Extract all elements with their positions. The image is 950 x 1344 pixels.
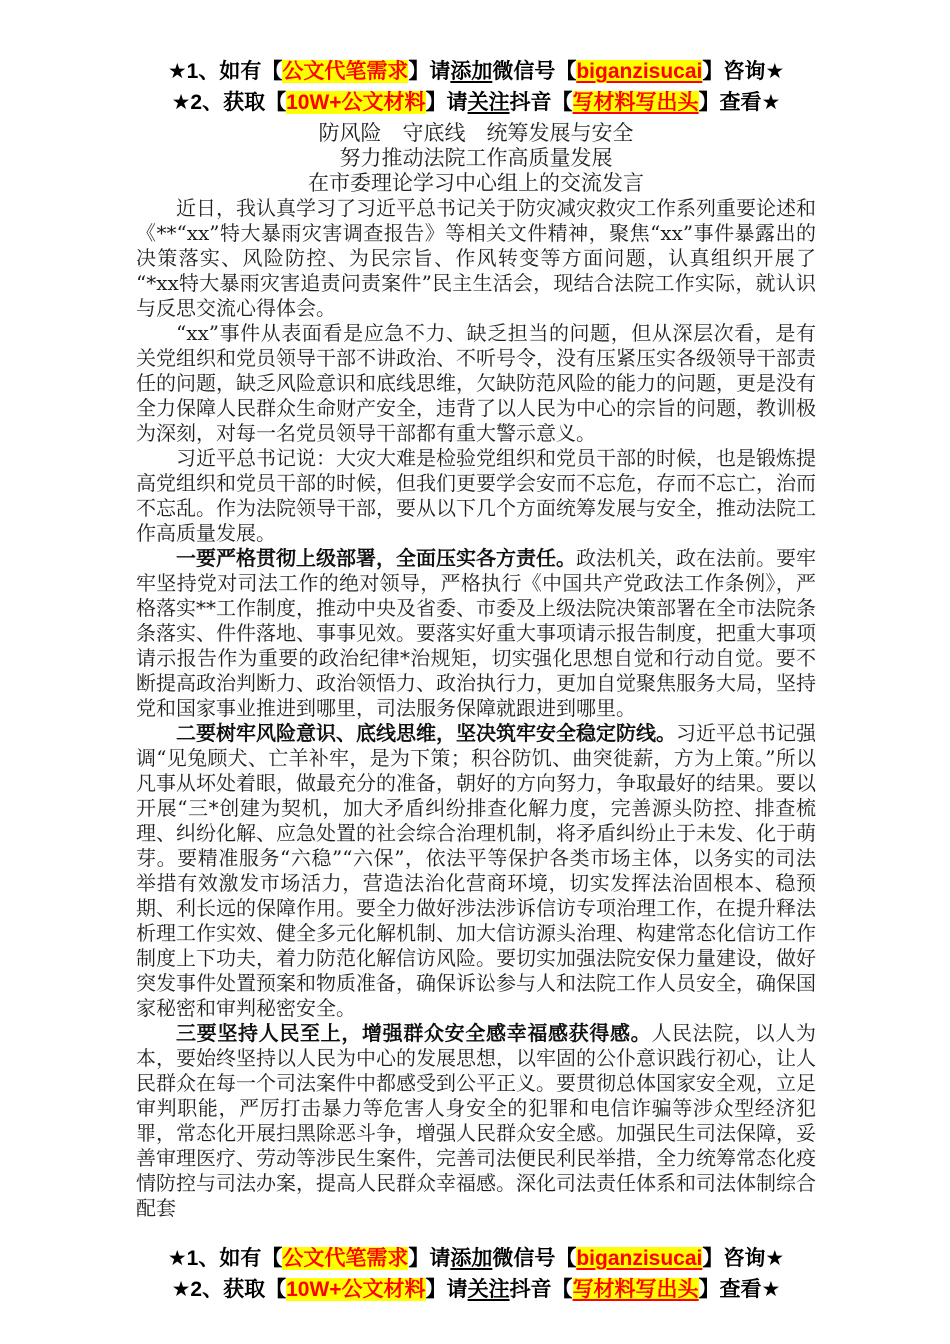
title-line-3: 在市委理论学习中心组上的交流发言 (136, 171, 816, 196)
promo-text: 抖音【 (510, 1278, 573, 1301)
body-paragraph: “xx”事件从表面看是应急不力、缺乏担当的问题，但从深层次看，是有关党组织和党员… (136, 321, 816, 446)
promo-text: ★2、获取【 (172, 91, 287, 114)
promo-highlight-underline-text: biganzisucai (576, 60, 702, 83)
promo-highlight-text: 公文代笔需求 (282, 1247, 408, 1270)
promo-text: 】咨询★ (702, 1247, 784, 1270)
promo-underline-text: 添加 (450, 60, 492, 83)
promo-highlight-text: 10W+公文材料 (286, 91, 425, 114)
promo-line-2: ★2、获取【10W+公文材料】请关注抖音【写材料写出头】查看★ (136, 87, 816, 118)
body-paragraph: 近日，我认真学习了习近平总书记关于防灾减灾救灾工作系列重要论述和《**“xx”特… (136, 196, 816, 321)
promo-underline-text: 关注 (468, 1278, 510, 1301)
paragraph-lead-bold: 一要严格贯彻上级部署，全面压实各方责任。 (176, 546, 576, 570)
promo-underline-text: 关注 (468, 91, 510, 114)
promo-text: 】请 (426, 1278, 468, 1301)
body-paragraph: 一要严格贯彻上级部署，全面压实各方责任。政法机关，政在法前。要牢牢坚持党对司法工… (136, 546, 816, 721)
promo-text: 微信号【 (492, 1247, 576, 1270)
promo-text: 】请 (408, 1247, 450, 1270)
body-paragraph: 三要坚持人民至上，增强群众安全感幸福感获得感。人民法院，以人为本，要始终坚持以人… (136, 1021, 816, 1221)
promo-highlight-text: 10W+公文材料 (286, 1278, 425, 1301)
document-body: 近日，我认真学习了习近平总书记关于防灾减灾救灾工作系列重要论述和《**“xx”特… (136, 196, 816, 1221)
promo-line-1: ★1、如有【公文代笔需求】请添加微信号【biganzisucai】咨询★ (136, 1243, 816, 1274)
paragraph-lead-bold: 二要树牢风险意识、底线思维，坚决筑牢安全稳定防线。 (176, 721, 676, 745)
promo-banner-bottom: ★1、如有【公文代笔需求】请添加微信号【biganzisucai】咨询★ ★2、… (136, 1243, 816, 1305)
promo-line-2: ★2、获取【10W+公文材料】请关注抖音【写材料写出头】查看★ (136, 1274, 816, 1305)
promo-banner-top: ★1、如有【公文代笔需求】请添加微信号【biganzisucai】咨询★ ★2、… (136, 56, 816, 118)
promo-text: 抖音【 (510, 91, 573, 114)
promo-line-1: ★1、如有【公文代笔需求】请添加微信号【biganzisucai】咨询★ (136, 56, 816, 87)
promo-text: 】查看★ (699, 1278, 781, 1301)
promo-highlight-underline-text: 写材料写出头 (573, 1278, 699, 1301)
document-title: 防风险 守底线 统筹发展与安全 努力推动法院工作高质量发展 在市委理论学习中心组… (136, 121, 816, 196)
promo-underline-text: 添加 (450, 1247, 492, 1270)
promo-text: 】咨询★ (702, 60, 784, 83)
document-page: ★1、如有【公文代笔需求】请添加微信号【biganzisucai】咨询★ ★2、… (0, 0, 950, 1344)
promo-highlight-underline-text: 写材料写出头 (573, 91, 699, 114)
promo-text: 】请 (426, 91, 468, 114)
promo-highlight-text: 公文代笔需求 (282, 60, 408, 83)
body-paragraph: 习近平总书记说：大灾大难是检验党组织和党员干部的时候，也是锻炼提高党组织和党员干… (136, 446, 816, 546)
promo-text: 】请 (408, 60, 450, 83)
paragraph-lead-bold: 三要坚持人民至上，增强群众安全感幸福感获得感。 (176, 1021, 651, 1045)
promo-text: ★2、获取【 (172, 1278, 287, 1301)
promo-text: 微信号【 (492, 60, 576, 83)
promo-text: 】查看★ (699, 91, 781, 114)
title-line-2: 努力推动法院工作高质量发展 (136, 146, 816, 171)
title-line-1: 防风险 守底线 统筹发展与安全 (136, 121, 816, 146)
body-paragraph: 二要树牢风险意识、底线思维，坚决筑牢安全稳定防线。习近平总书记强调“见兔顾犬、亡… (136, 721, 816, 1021)
promo-highlight-underline-text: biganzisucai (576, 1247, 702, 1270)
promo-text: ★1、如有【 (168, 1247, 283, 1270)
promo-text: ★1、如有【 (168, 60, 283, 83)
